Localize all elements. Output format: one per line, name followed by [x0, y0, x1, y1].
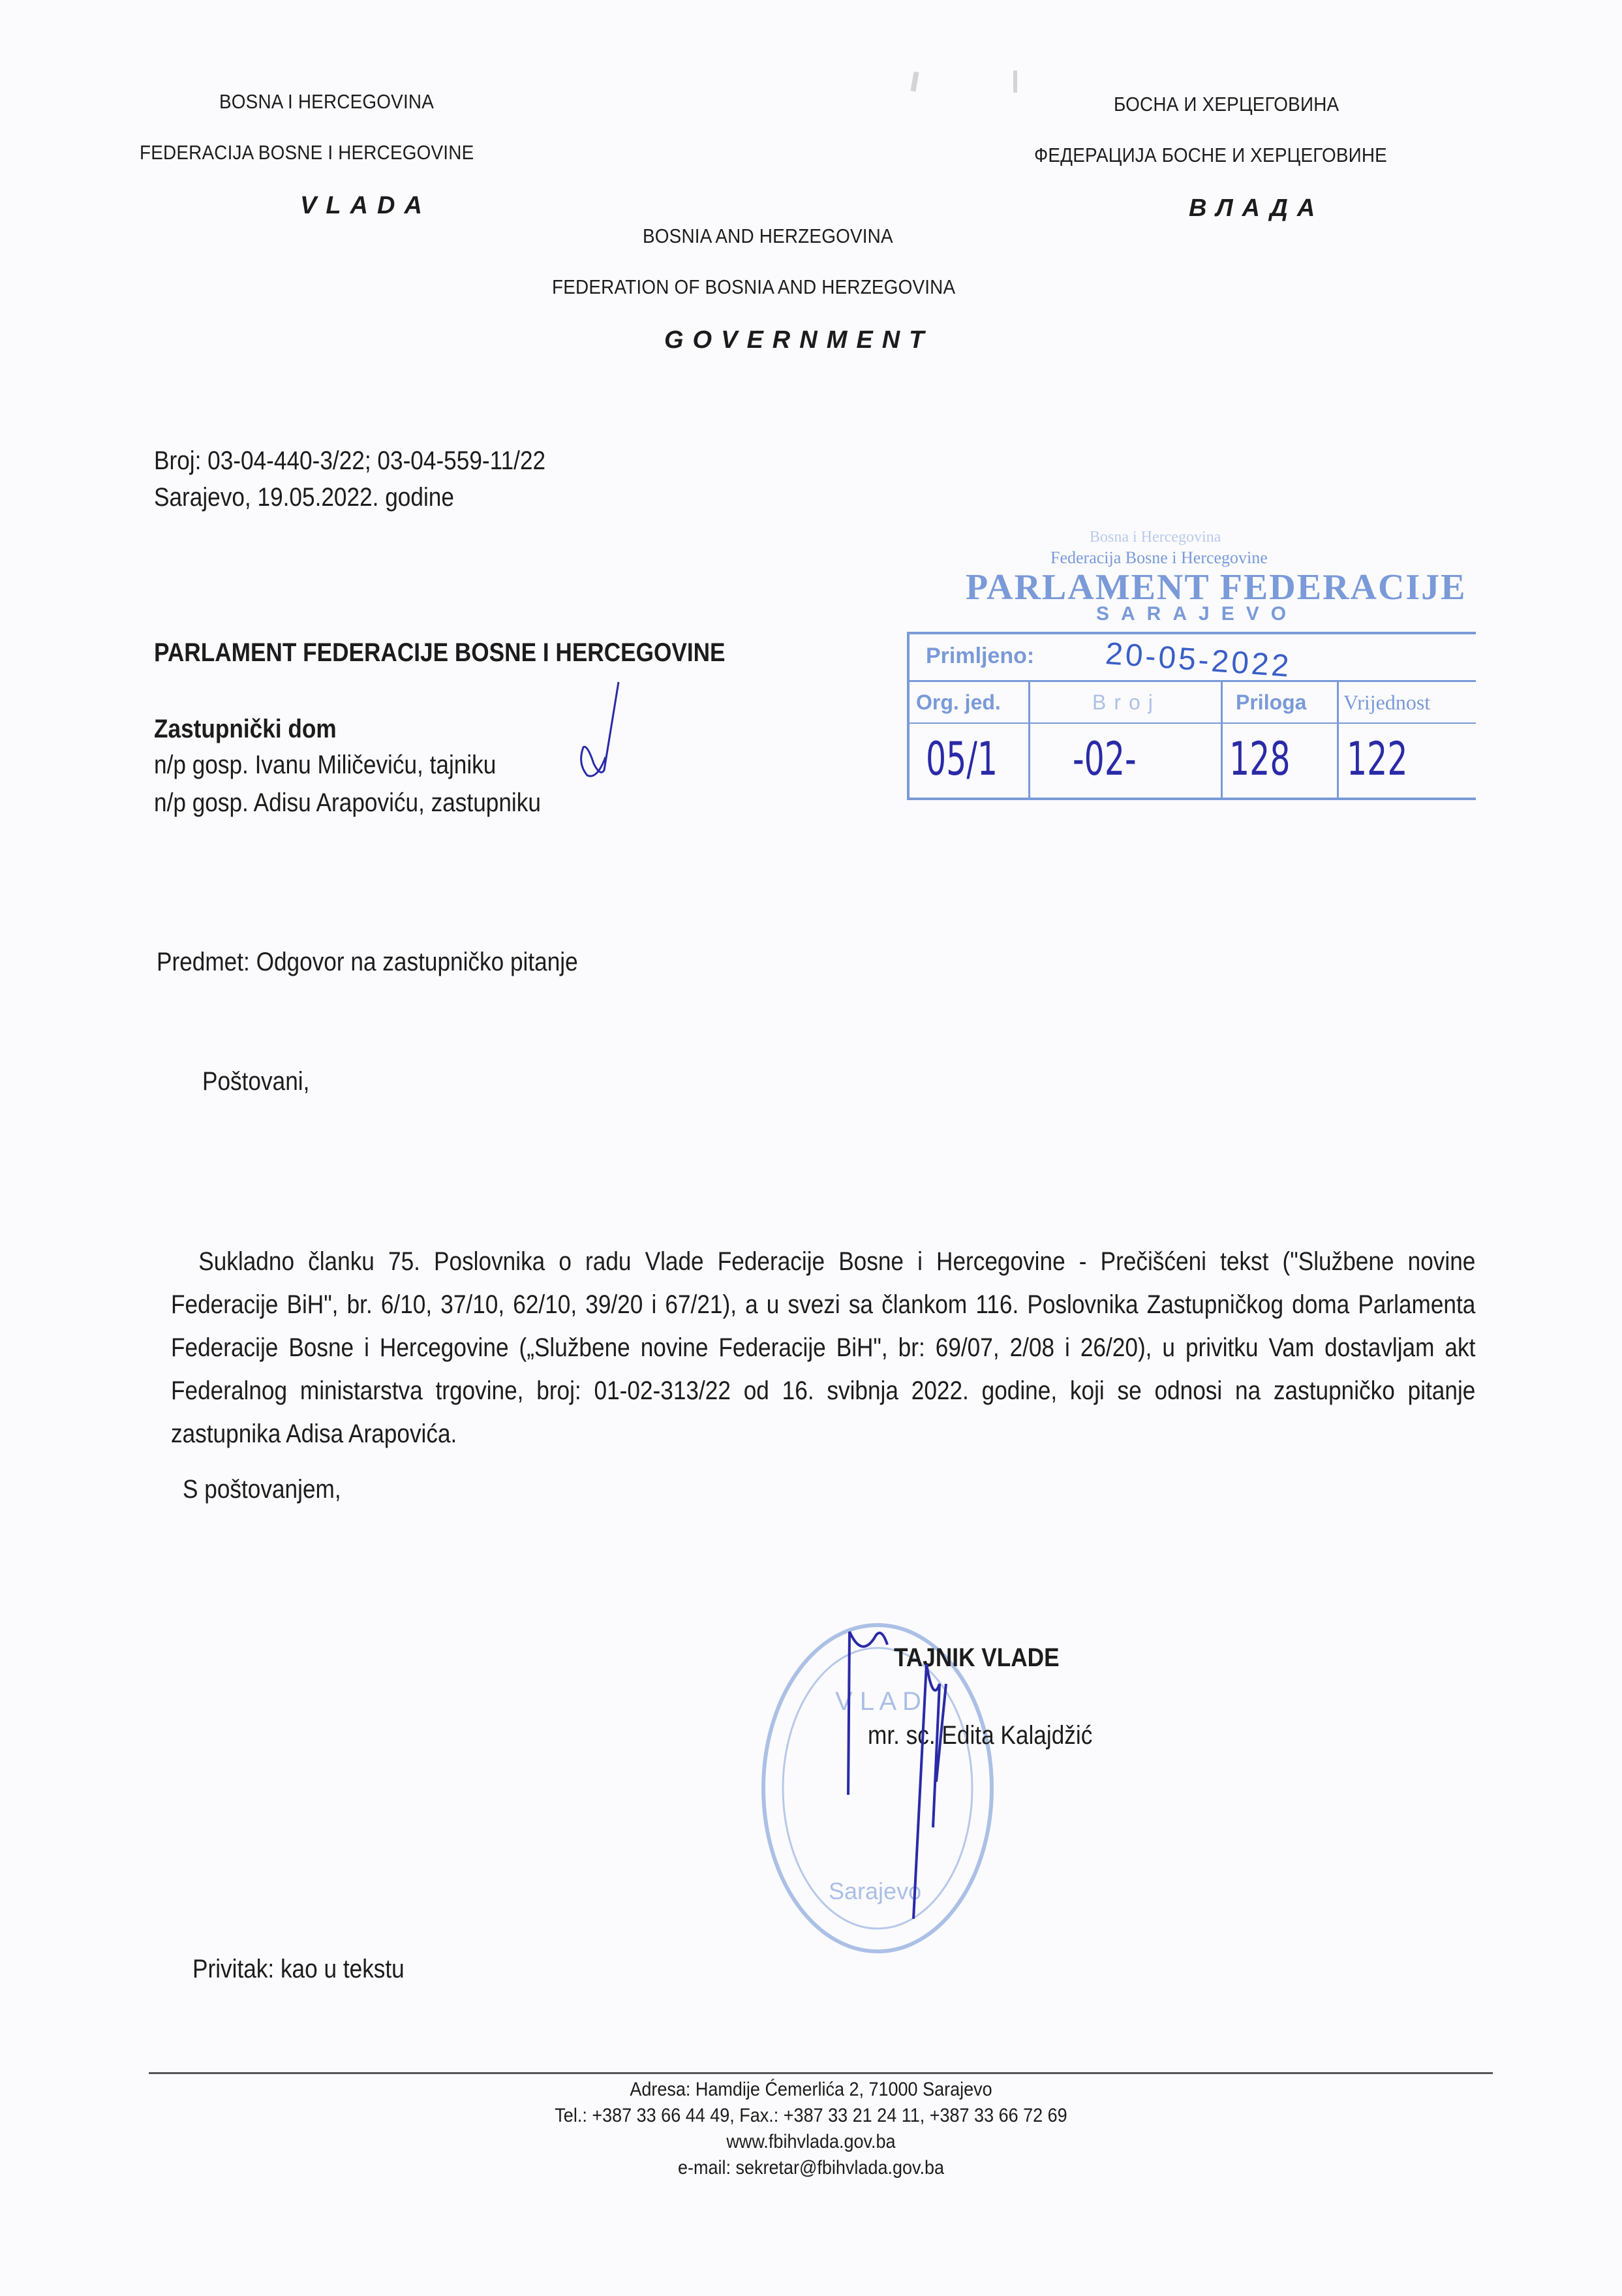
header-right-title: ВЛАДА: [1189, 194, 1324, 223]
attachment: Privitak: kao u tekstu: [192, 1955, 405, 1984]
stamp-value-broj: -02-: [1073, 732, 1137, 786]
footer-email[interactable]: e-mail: sekretar@fbihvlada.gov.ba: [81, 2155, 1540, 2181]
stamp-box: Primljeno: 20-05-2022 Org. jed. Broj Pri…: [907, 632, 1476, 800]
subject: Predmet: Odgovor na zastupničko pitanje: [157, 948, 578, 977]
header-right-line1: БОСНА И ХЕРЦЕГОВИНА: [1114, 93, 1339, 116]
place-date: Sarajevo, 19.05.2022. godine: [154, 483, 454, 512]
salutation: Poštovani,: [202, 1067, 309, 1096]
recipient-institution: PARLAMENT FEDERACIJE BOSNE I HERCEGOVINE: [154, 638, 726, 668]
stamp-col-sep: [1221, 680, 1223, 798]
reference-number: Broj: 03-04-440-3/22; 03-04-559-11/22: [154, 446, 545, 476]
header-left-line2: FEDERACIJA BOSNE I HERCEGOVINE: [140, 141, 474, 164]
stamp-line3: PARLAMENT FEDERACIJE: [966, 566, 1467, 608]
checkmark-initial-icon: [568, 679, 633, 783]
stamp-col-broj: Broj: [1092, 690, 1161, 715]
stamp-value-priloga: 128: [1229, 732, 1291, 786]
stamp-line4: SARAJEVO: [1096, 603, 1298, 625]
footer-website[interactable]: www.fbihvlada.gov.ba: [81, 2129, 1540, 2155]
stamp-received-label: Primljeno:: [926, 644, 1034, 669]
stamp-col-org: Org. jed.: [916, 690, 1001, 715]
stamp-col-sep: [1028, 680, 1030, 798]
stamp-line2: Federacija Bosne i Hercegovine: [1050, 548, 1268, 568]
scan-mark: [1013, 70, 1017, 93]
closing: S poštovanjem,: [183, 1475, 341, 1504]
stamp-col-vrijednost: Vrijednost: [1343, 690, 1430, 715]
header-left-title: VLADA: [300, 192, 431, 220]
footer: Adresa: Hamdije Ćemerlića 2, 71000 Saraj…: [0, 2077, 1622, 2181]
header-center-line2: FEDERATION OF BOSNIA AND HERZEGOVINA: [552, 275, 955, 299]
footer-divider: [149, 2072, 1493, 2074]
stamp-received-date: 20-05-2022: [1104, 636, 1293, 685]
stamp-divider: [910, 680, 1476, 682]
header-center-title: GOVERNMENT: [664, 326, 933, 354]
header-center-line1: BOSNIA AND HERZEGOVINA: [643, 225, 893, 248]
stamp-divider: [910, 722, 1476, 724]
recipient-attention-2: n/p gosp. Adisu Arapoviću, zastupniku: [154, 788, 541, 818]
stamp-value-org: 05/1: [926, 732, 998, 786]
recipient-attention-1: n/p gosp. Ivanu Miličeviću, tajniku: [154, 751, 496, 780]
body-paragraph: Sukladno članku 75. Poslovnika o radu Vl…: [171, 1240, 1475, 1455]
scan-mark: [910, 72, 919, 92]
stamp-value-vrijednost: 122: [1347, 732, 1408, 786]
stamp-col-sep: [1337, 680, 1339, 798]
stamp-line1: Bosna i Hercegovina: [1090, 529, 1221, 546]
recipient-house: Zastupnički dom: [154, 715, 337, 744]
header-left-line1: BOSNA I HERCEGOVINA: [219, 90, 434, 114]
header-right-line2: ФЕДЕРАЦИЈА БОСНЕ И ХЕРЦЕГОВИНЕ: [1034, 144, 1387, 167]
received-stamp: Bosna i Hercegovina Federacija Bosne i H…: [900, 522, 1475, 803]
stamp-col-priloga: Priloga: [1236, 690, 1306, 715]
footer-address: Adresa: Hamdije Ćemerlića 2, 71000 Saraj…: [81, 2077, 1540, 2103]
handwritten-signature-icon: [835, 1619, 1018, 1958]
footer-phone: Tel.: +387 33 66 44 49, Fax.: +387 33 21…: [81, 2103, 1540, 2129]
